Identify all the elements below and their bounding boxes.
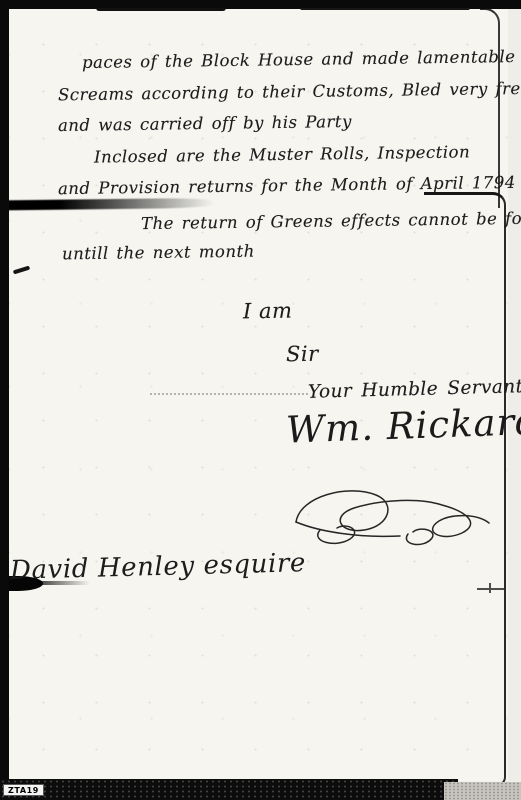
signature-wm-rickard: Wm. Rickard.: [285, 399, 521, 451]
scan-border-bottom: [0, 779, 458, 800]
closing-sir: Sir: [286, 342, 319, 367]
scan-artifact-dotted-line: [150, 393, 308, 395]
letter-body-line-7: untill the next month: [62, 242, 255, 264]
scan-border-top-irregularity: [300, 8, 470, 10]
scan-background-noise: [444, 782, 521, 800]
scan-border-left: [0, 0, 9, 800]
scan-border-top-irregularity: [96, 8, 226, 11]
closing-i-am: I am: [243, 299, 293, 324]
edge-tick-mark: [489, 583, 491, 593]
signature-flourish: [290, 480, 498, 550]
archive-label: ZTA19: [3, 784, 44, 796]
archive-label-text: ZTA19: [8, 786, 39, 795]
scanned-letter-page: paces of the Block House and made lament…: [0, 0, 521, 800]
